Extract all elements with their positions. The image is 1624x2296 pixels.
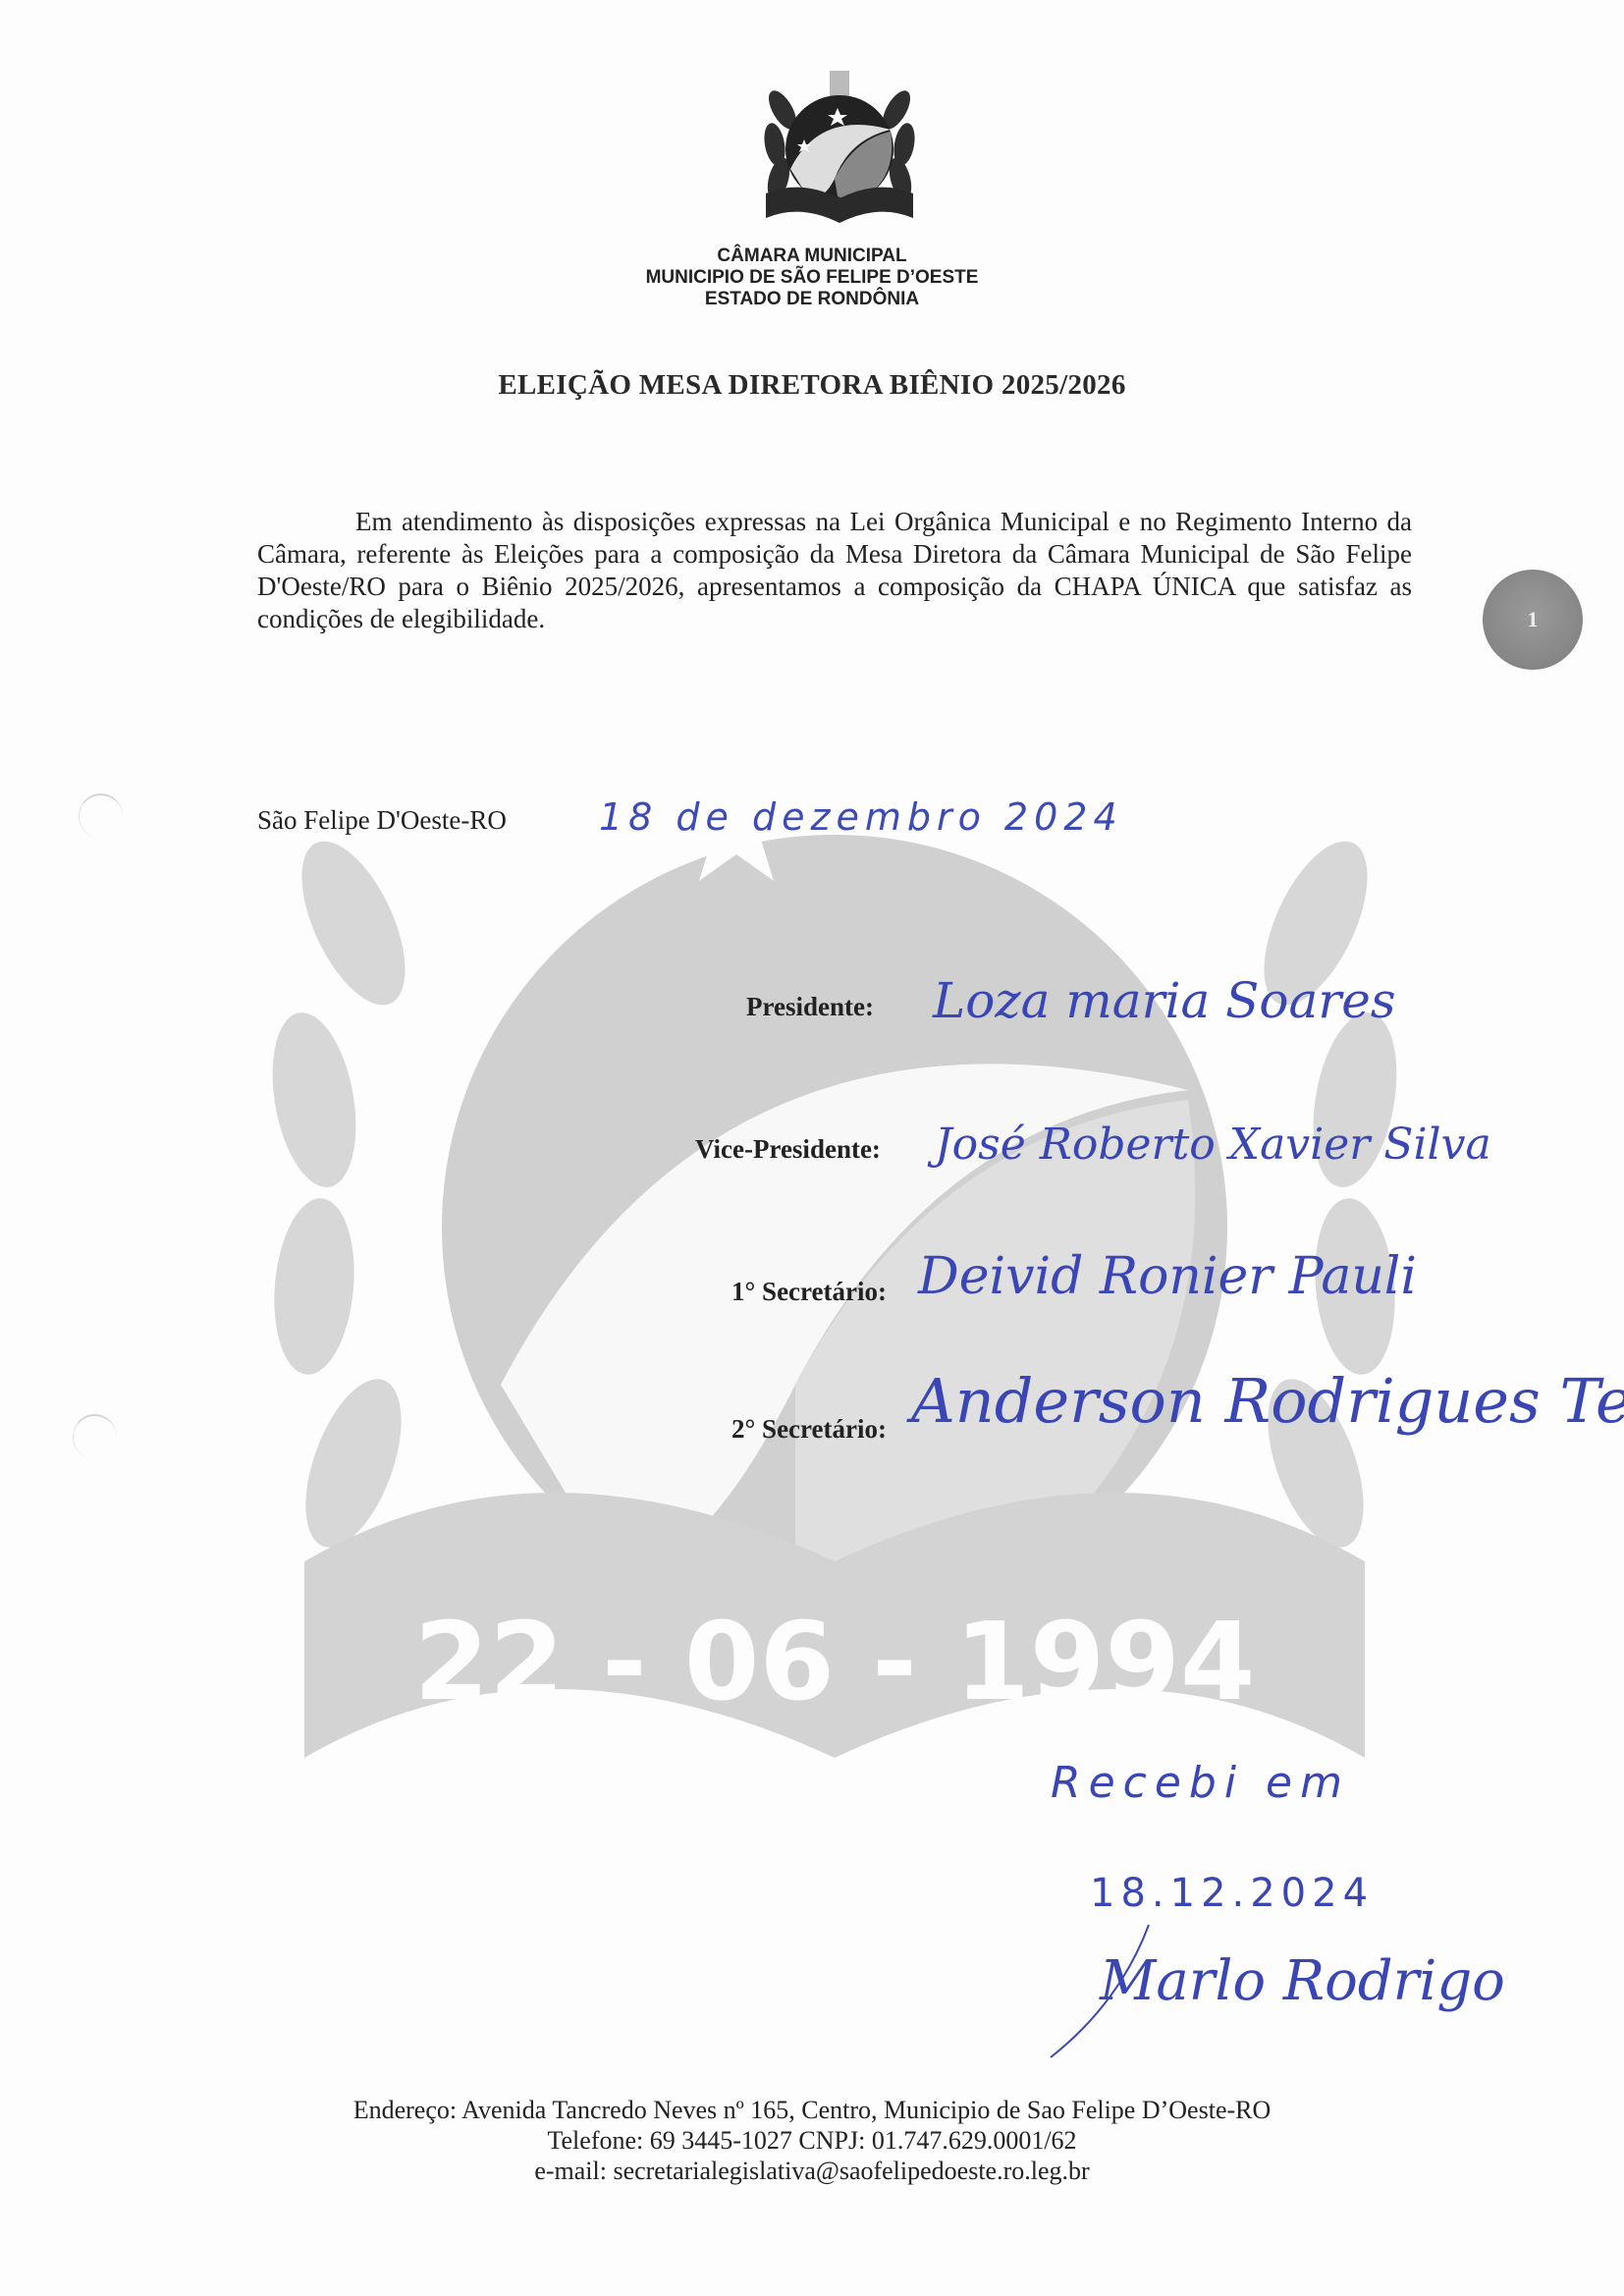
signature-second-secretary: Anderson Rodrigues Teller.	[911, 1365, 1624, 1437]
role-vice-president: Vice-Presidente:	[695, 1134, 881, 1165]
receipt-note: Recebi em	[1051, 1758, 1350, 1808]
municipality-name: MUNICIPIO DE SÃO FELIPE D’OESTE	[0, 267, 1624, 289]
punch-hole-bottom	[73, 1414, 117, 1459]
svg-text:22 - 06 - 1994: 22 - 06 - 1994	[414, 1599, 1256, 1724]
document-title: ELEIÇÃO MESA DIRETORA BIÊNIO 2025/2026	[0, 369, 1624, 402]
receipt-date: 18.12.2024	[1090, 1871, 1374, 1916]
institution-name: CÂMARA MUNICIPAL	[0, 246, 1624, 267]
footer: Endereço: Avenida Tancredo Neves nº 165,…	[0, 2095, 1624, 2186]
signature-president: Loza maria Soares	[933, 972, 1395, 1029]
document-page: 22 - 06 - 1994 CÂMARA MUNICIPAL MUNICIPI…	[0, 0, 1624, 2296]
role-first-secretary: 1° Secretário:	[731, 1277, 887, 1307]
state-name: ESTADO DE RONDÔNIA	[0, 289, 1624, 310]
role-second-secretary: 2° Secretário:	[731, 1414, 887, 1445]
institution-header: CÂMARA MUNICIPAL MUNICIPIO DE SÃO FELIPE…	[0, 246, 1624, 310]
signature-first-secretary: Deivid Ronier Pauli	[918, 1247, 1417, 1306]
punch-hole-top	[79, 793, 123, 839]
body-paragraph: Em atendimento às disposições expressas …	[257, 506, 1412, 635]
footer-email: e-mail: secretarialegislativa@saofeliped…	[0, 2156, 1624, 2186]
receipt-signature: Marlo Rodrigo	[1100, 1949, 1505, 2013]
footer-phone-cnpj: Telefone: 69 3445-1027 CNPJ: 01.747.629.…	[0, 2125, 1624, 2156]
role-president: Presidente:	[746, 992, 874, 1022]
signature-vice-president: José Roberto Xavier Silva	[935, 1120, 1491, 1170]
body-paragraph-text: Em atendimento às disposições expressas …	[257, 507, 1412, 633]
footer-address: Endereço: Avenida Tancredo Neves nº 165,…	[0, 2095, 1624, 2125]
place-label: São Felipe D'Oeste-RO	[257, 805, 507, 836]
page-number-badge: 1	[1483, 570, 1583, 670]
coat-of-arms-icon	[761, 71, 918, 238]
handwritten-date: 18 de dezembro 2024	[599, 795, 1123, 839]
